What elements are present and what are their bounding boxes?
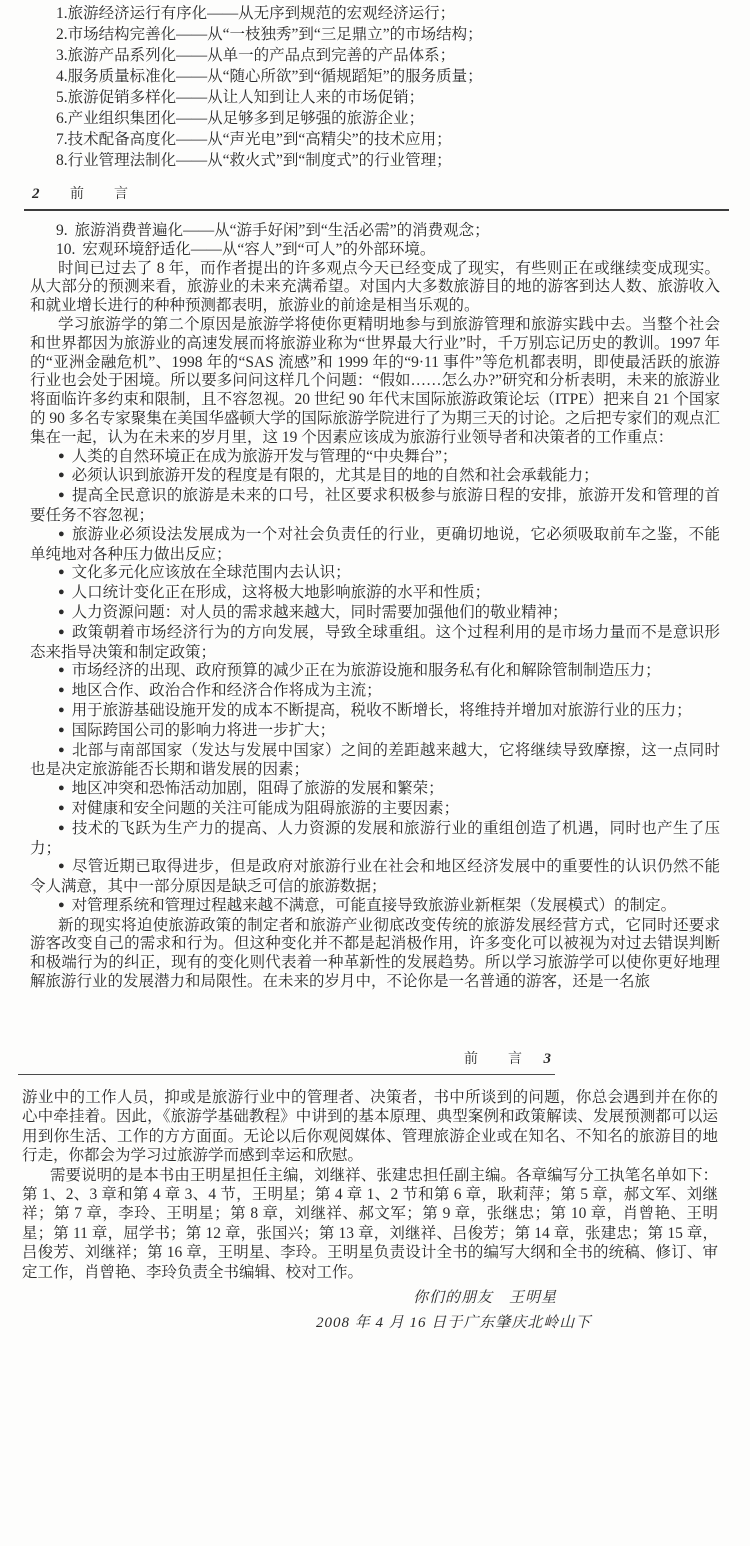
paragraph: 学习旅游学的第二个原因是旅游学将使你更精明地参与到旅游管理和旅游实践中去。当整个… <box>30 316 720 448</box>
bullet-icon: ● <box>58 566 65 578</box>
numbered-item: 8.行业管理法制化——从“救火式”到“制度式”的行业管理； <box>30 150 722 171</box>
numbered-item: 5.旅游促销多样化——从让人知到让人来的市场促销； <box>30 87 722 108</box>
item-text: 宏观环境舒适化——从“容人”到“可人”的外部环境。 <box>82 241 435 258</box>
item-text: 市场结构完善化——从“一枝独秀”到“三足鼎立”的市场结构； <box>68 26 483 43</box>
bullet-text: 地区冲突和恐怖活动加剧，阻碍了旅游的发展和繁荣； <box>72 780 444 797</box>
bullet-item: ●提高全民意识的旅游是未来的口号，社区要求积极参与旅游日程的安排，旅游开发和管理… <box>30 487 720 526</box>
bullet-icon: ● <box>58 822 65 834</box>
page3-running-header: 前 言 3 <box>18 1051 555 1075</box>
bullet-text: 对管理系统和管理过程越来越不满意，可能直接导致旅游业新框架（发展模式）的制定。 <box>72 897 677 914</box>
bullet-text: 人力资源问题：对人员的需求越来越大，同时需要加强他们的敬业精神； <box>72 604 568 621</box>
item-number: 5. <box>56 89 68 106</box>
item-text: 产业组织集团化——从足够多到足够强的旅游企业； <box>68 110 425 127</box>
bullet-icon: ● <box>58 606 65 618</box>
bullet-icon: ● <box>58 744 65 756</box>
bullet-text: 用于旅游基础设施开发的成本不断提高，税收不断增长，将维持并增加对旅游行业的压力； <box>72 702 692 719</box>
numbered-item: 6.产业组织集团化——从足够多到足够强的旅游企业； <box>30 108 722 129</box>
item-text: 技术配备高度化——从“声光电”到“高精尖”的技术应用； <box>68 131 452 148</box>
bullet-text: 国际跨国公司的影响力将进一步扩大； <box>72 722 336 739</box>
bullet-icon: ● <box>58 704 65 716</box>
bullet-text: 尽管近期已取得进步，但是政府对旅游行业在社会和地区经济发展中的重要性的认识仍然不… <box>30 858 720 895</box>
item-number: 1. <box>56 5 68 22</box>
bullet-item: ●人力资源问题：对人员的需求越来越大，同时需要加强他们的敬业精神； <box>30 604 720 624</box>
numbered-item: 4.服务质量标准化——从“随心所欲”到“循规蹈矩”的服务质量； <box>30 66 722 87</box>
page-number: 3 <box>544 1051 552 1067</box>
item-text: 旅游促销多样化——从让人知到让人来的市场促销； <box>68 89 425 106</box>
item-text: 旅游产品系列化——从单一的产品点到完善的产品体系； <box>68 47 456 64</box>
bullet-text: 对健康和安全问题的关注可能成为阻碍旅游的主要因素； <box>72 800 460 817</box>
bullet-icon: ● <box>58 664 65 676</box>
bullet-icon: ● <box>58 782 65 794</box>
item-number: 8. <box>56 152 68 169</box>
bullet-item: ●必须认识到旅游开发的程度是有限的，尤其是目的地的自然和社会承载能力； <box>30 467 720 487</box>
bullet-text: 文化多元化应该放在全球范围内去认识； <box>72 564 351 581</box>
bullet-item: ●人口统计变化正在形成，这将极大地影响旅游的水平和性质； <box>30 584 720 604</box>
numbered-item: 1.旅游经济运行有序化——从无序到规范的宏观经济运行； <box>30 3 722 24</box>
bullet-item: ●技术的飞跃为生产力的提高、人力资源的发展和旅游行业的重组创造了机遇，同时也产生… <box>30 820 720 859</box>
bullet-item: ●国际跨国公司的影响力将进一步扩大； <box>30 722 720 742</box>
bullet-text: 北部与南部国家（发达与发展中国家）之间的差距越来越大，它将继续导致摩擦，这一点同… <box>30 742 720 779</box>
page2-running-header: 2 前 言 <box>24 186 729 211</box>
bullet-icon: ● <box>58 469 65 481</box>
page1-numbered-list: 1.旅游经济运行有序化——从无序到规范的宏观经济运行； 2.市场结构完善化——从… <box>30 3 722 171</box>
bullet-text: 市场经济的出现、政府预算的减少正在为旅游设施和服务私有化和解除管制制造压力； <box>72 662 661 679</box>
bullet-icon: ● <box>58 528 65 540</box>
item-text: 旅游消费普遍化——从“游手好闲”到“生活必需”的消费观念； <box>75 222 490 239</box>
bullet-item: ●旅游业必须设法发展成为一个对社会负责任的行业，更确切地说，它必须吸取前车之鉴，… <box>30 526 720 565</box>
numbered-item: 3.旅游产品系列化——从单一的产品点到完善的产品体系； <box>30 45 722 66</box>
paragraph: 需要说明的是本书由王明星担任主编，刘继祥、张建忠担任副主编。各章编写分工执笔名单… <box>22 1166 718 1282</box>
bullet-icon: ● <box>58 684 65 696</box>
item-number: 9. <box>56 222 68 239</box>
bullet-item: ●地区合作、政治合作和经济合作将成为主流； <box>30 682 720 702</box>
page3-body: 游业中的工作人员，抑或是旅游行业中的管理者、决策者，书中所谈到的问题，你总会遇到… <box>22 1088 718 1282</box>
bullet-text: 人口统计变化正在形成，这将极大地影响旅游的水平和性质； <box>72 584 491 601</box>
numbered-item: 2.市场结构完善化——从“一枝独秀”到“三足鼎立”的市场结构； <box>30 24 722 45</box>
item-number: 10. <box>56 241 75 258</box>
paragraph: 时间已过去了 8 年，而作者提出的许多观点今天已经变成了现实，有些则正在或继续变… <box>30 260 720 316</box>
bullet-text: 必须认识到旅游开发的程度是有限的，尤其是目的地的自然和社会承载能力； <box>72 467 599 484</box>
item-text: 旅游经济运行有序化——从无序到规范的宏观经济运行； <box>68 5 456 22</box>
item-number: 6. <box>56 110 68 127</box>
bullet-item: ●对管理系统和管理过程越来越不满意，可能直接导致旅游业新框架（发展模式）的制定。 <box>30 897 720 917</box>
bullet-text: 人类的自然环境正在成为旅游开发与管理的“中央舞台”； <box>72 448 458 465</box>
bullet-item: ●北部与南部国家（发达与发展中国家）之间的差距越来越大，它将继续导致摩擦，这一点… <box>30 742 720 781</box>
numbered-item: 10.宏观环境舒适化——从“容人”到“可人”的外部环境。 <box>30 241 720 260</box>
item-text: 服务质量标准化——从“随心所欲”到“循规蹈矩”的服务质量； <box>68 68 483 85</box>
bullet-item: ●用于旅游基础设施开发的成本不断提高，税收不断增长，将维持并增加对旅游行业的压力… <box>30 702 720 722</box>
bullet-icon: ● <box>58 626 65 638</box>
bullet-icon: ● <box>58 802 65 814</box>
item-text: 行业管理法制化——从“救火式”到“制度式”的行业管理； <box>68 152 452 169</box>
item-number: 4. <box>56 68 68 85</box>
page-number: 2 <box>32 186 40 202</box>
running-title: 前 言 <box>464 1052 530 1067</box>
bullet-item: ●尽管近期已取得进步，但是政府对旅游行业在社会和地区经济发展中的重要性的认识仍然… <box>30 858 720 897</box>
page2-body: 9.旅游消费普遍化——从“游手好闲”到“生活必需”的消费观念； 10.宏观环境舒… <box>30 222 720 992</box>
paragraph-continuation: 游业中的工作人员，抑或是旅游行业中的管理者、决策者，书中所谈到的问题，你总会遇到… <box>22 1088 718 1166</box>
bullet-text: 技术的飞跃为生产力的提高、人力资源的发展和旅游行业的重组创造了机遇，同时也产生了… <box>30 820 720 857</box>
numbered-item: 7.技术配备高度化——从“声光电”到“高精尖”的技术应用； <box>30 129 722 150</box>
bullet-item: ●文化多元化应该放在全球范围内去认识； <box>30 564 720 584</box>
bullet-icon: ● <box>58 586 65 598</box>
paragraph: 新的现实将迫使旅游政策的制定者和旅游产业彻底改变传统的旅游发展经营方式，它同时还… <box>30 917 720 992</box>
item-number: 7. <box>56 131 68 148</box>
scanned-book-page: 1.旅游经济运行有序化——从无序到规范的宏观经济运行； 2.市场结构完善化——从… <box>0 0 750 1546</box>
bullet-icon: ● <box>58 489 65 501</box>
bullet-icon: ● <box>58 899 65 911</box>
signature-date-line: 2008 年 4 月 16 日于广东肇庆北岭山下 <box>316 1312 591 1334</box>
numbered-item: 9.旅游消费普遍化——从“游手好闲”到“生活必需”的消费观念； <box>30 222 720 241</box>
bullet-icon: ● <box>58 724 65 736</box>
bullet-item: ●地区冲突和恐怖活动加剧，阻碍了旅游的发展和繁荣； <box>30 780 720 800</box>
item-number: 3. <box>56 47 68 64</box>
running-title: 前 言 <box>70 187 136 202</box>
bullet-text: 地区合作、政治合作和经济合作将成为主流； <box>72 682 382 699</box>
bullet-text: 旅游业必须设法发展成为一个对社会负责任的行业，更确切地说，它必须吸取前车之鉴，不… <box>30 526 720 563</box>
bullet-item: ●对健康和安全问题的关注可能成为阻碍旅游的主要因素； <box>30 800 720 820</box>
bullet-item: ●人类的自然环境正在成为旅游开发与管理的“中央舞台”； <box>30 448 720 468</box>
bullet-text: 提高全民意识的旅游是未来的口号，社区要求积极参与旅游日程的安排，旅游开发和管理的… <box>30 487 720 524</box>
bullet-icon: ● <box>58 860 65 872</box>
bullet-icon: ● <box>58 450 65 462</box>
signature-name-line: 你们的朋友 王明星 <box>413 1287 557 1309</box>
bullet-text: 政策朝着市场经济行为的方向发展，导致全球重组。这个过程利用的是市场力量而不是意识… <box>30 624 720 661</box>
item-number: 2. <box>56 26 68 43</box>
bullet-item: ●市场经济的出现、政府预算的减少正在为旅游设施和服务私有化和解除管制制造压力； <box>30 662 720 682</box>
bullet-item: ●政策朝着市场经济行为的方向发展，导致全球重组。这个过程利用的是市场力量而不是意… <box>30 624 720 663</box>
